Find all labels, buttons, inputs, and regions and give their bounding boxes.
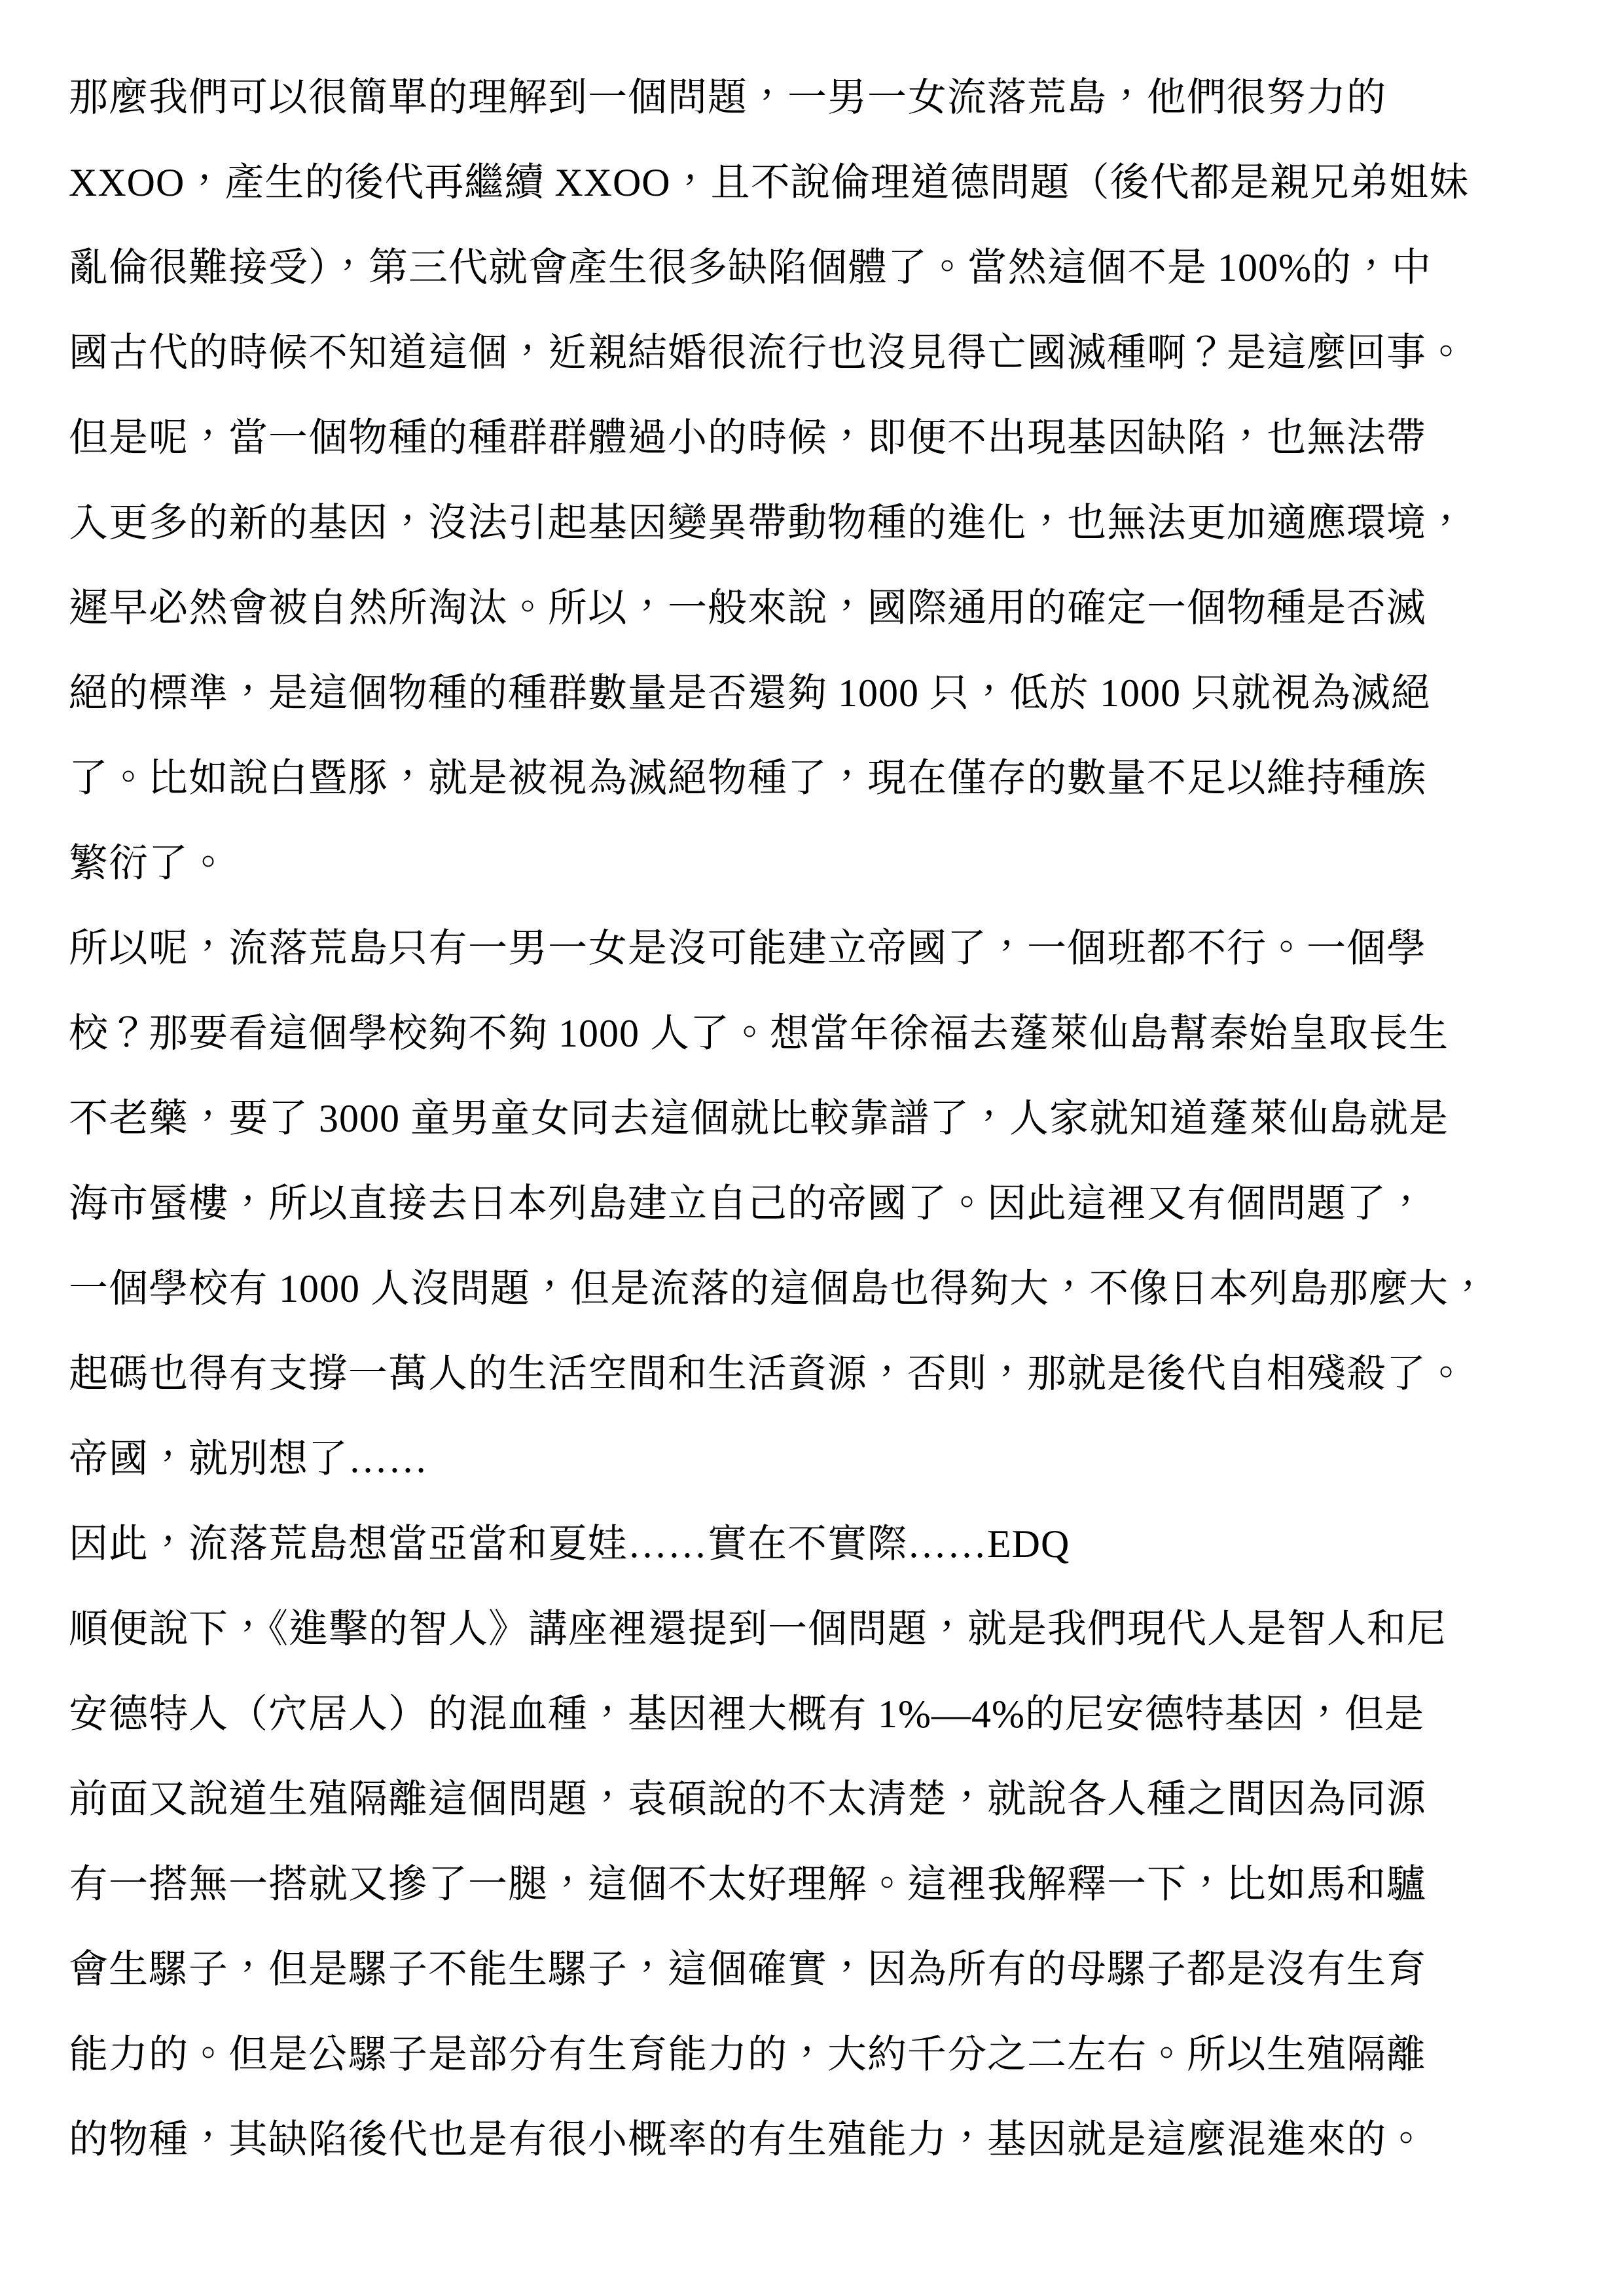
text-line: 帝國，就別想了…… <box>69 1416 1566 1501</box>
text-line: 遲早必然會被自然所淘汰。所以，一般來說，國際通用的確定一個物種是否滅 <box>69 565 1566 651</box>
text-line: 但是呢，當一個物種的種群群體過小的時候，即便不出現基因缺陷，也無法帶 <box>69 395 1566 480</box>
paragraph-4: 順便說下，《進擊的智人》講座裡還提到一個問題，就是我們現代人是智人和尼 安德特人… <box>69 1587 1566 2182</box>
text-line: 順便說下，《進擊的智人》講座裡還提到一個問題，就是我們現代人是智人和尼 <box>69 1587 1566 1672</box>
text-line: 亂倫很難接受），第三代就會產生很多缺陷個體了。當然這個不是 100%的，中 <box>69 225 1566 310</box>
document-page: 那麼我們可以很簡單的理解到一個問題，一男一女流落荒島，他們很努力的 XXOO，產… <box>0 0 1624 2296</box>
text-line: 海市蜃樓，所以直接去日本列島建立自己的帝國了。因此這裡又有個問題了， <box>69 1161 1566 1246</box>
text-line: 絕的標準，是這個物種的種群數量是否還夠 1000 只，低於 1000 只就視為滅… <box>69 651 1566 736</box>
text-line: 會生騾子，但是騾子不能生騾子，這個確實，因為所有的母騾子都是沒有生育 <box>69 1927 1566 2012</box>
text-line: XXOO，產生的後代再繼續 XXOO，且不說倫理道德問題（後代都是親兄弟姐妹 <box>69 140 1566 225</box>
paragraph-3: 因此，流落荒島想當亞當和夏娃……實在不實際……EDQ <box>69 1501 1566 1587</box>
text-line: 起碼也得有支撐一萬人的生活空間和生活資源，否則，那就是後代自相殘殺了。 <box>69 1331 1566 1416</box>
paragraph-2: 所以呢，流落荒島只有一男一女是沒可能建立帝國了，一個班都不行。一個學 校？那要看… <box>69 906 1566 1501</box>
text-line: 了。比如說白暨豚，就是被視為滅絕物種了，現在僅存的數量不足以維持種族 <box>69 736 1566 821</box>
text-line: 有一搭無一搭就又摻了一腿，這個不太好理解。這裡我解釋一下，比如馬和驢 <box>69 1842 1566 1927</box>
paragraph-1: 那麼我們可以很簡單的理解到一個問題，一男一女流落荒島，他們很努力的 XXOO，產… <box>69 55 1566 906</box>
text-line: 入更多的新的基因，沒法引起基因變異帶動物種的進化，也無法更加適應環境， <box>69 480 1566 565</box>
text-line: 繁衍了。 <box>69 821 1566 906</box>
text-line: 的物種，其缺陷後代也是有很小概率的有生殖能力，基因就是這麼混進來的。 <box>69 2097 1566 2182</box>
text-line: 能力的。但是公騾子是部分有生育能力的，大約千分之二左右。所以生殖隔離 <box>69 2012 1566 2097</box>
text-line: 所以呢，流落荒島只有一男一女是沒可能建立帝國了，一個班都不行。一個學 <box>69 906 1566 991</box>
text-line: 前面又說道生殖隔離這個問題，袁碩說的不太清楚，就說各人種之間因為同源 <box>69 1757 1566 1842</box>
text-line: 一個學校有 1000 人沒問題，但是流落的這個島也得夠大，不像日本列島那麼大， <box>69 1246 1566 1331</box>
text-line: 安德特人（穴居人）的混血種，基因裡大概有 1%—4%的尼安德特基因，但是 <box>69 1672 1566 1757</box>
text-line: 不老藥，要了 3000 童男童女同去這個就比較靠譜了，人家就知道蓬萊仙島就是 <box>69 1076 1566 1161</box>
text-line: 因此，流落荒島想當亞當和夏娃……實在不實際……EDQ <box>69 1501 1566 1587</box>
text-line: 那麼我們可以很簡單的理解到一個問題，一男一女流落荒島，他們很努力的 <box>69 55 1566 140</box>
text-line: 國古代的時候不知道這個，近親結婚很流行也沒見得亡國滅種啊？是這麼回事。 <box>69 310 1566 395</box>
text-line: 校？那要看這個學校夠不夠 1000 人了。想當年徐福去蓬萊仙島幫秦始皇取長生 <box>69 991 1566 1076</box>
